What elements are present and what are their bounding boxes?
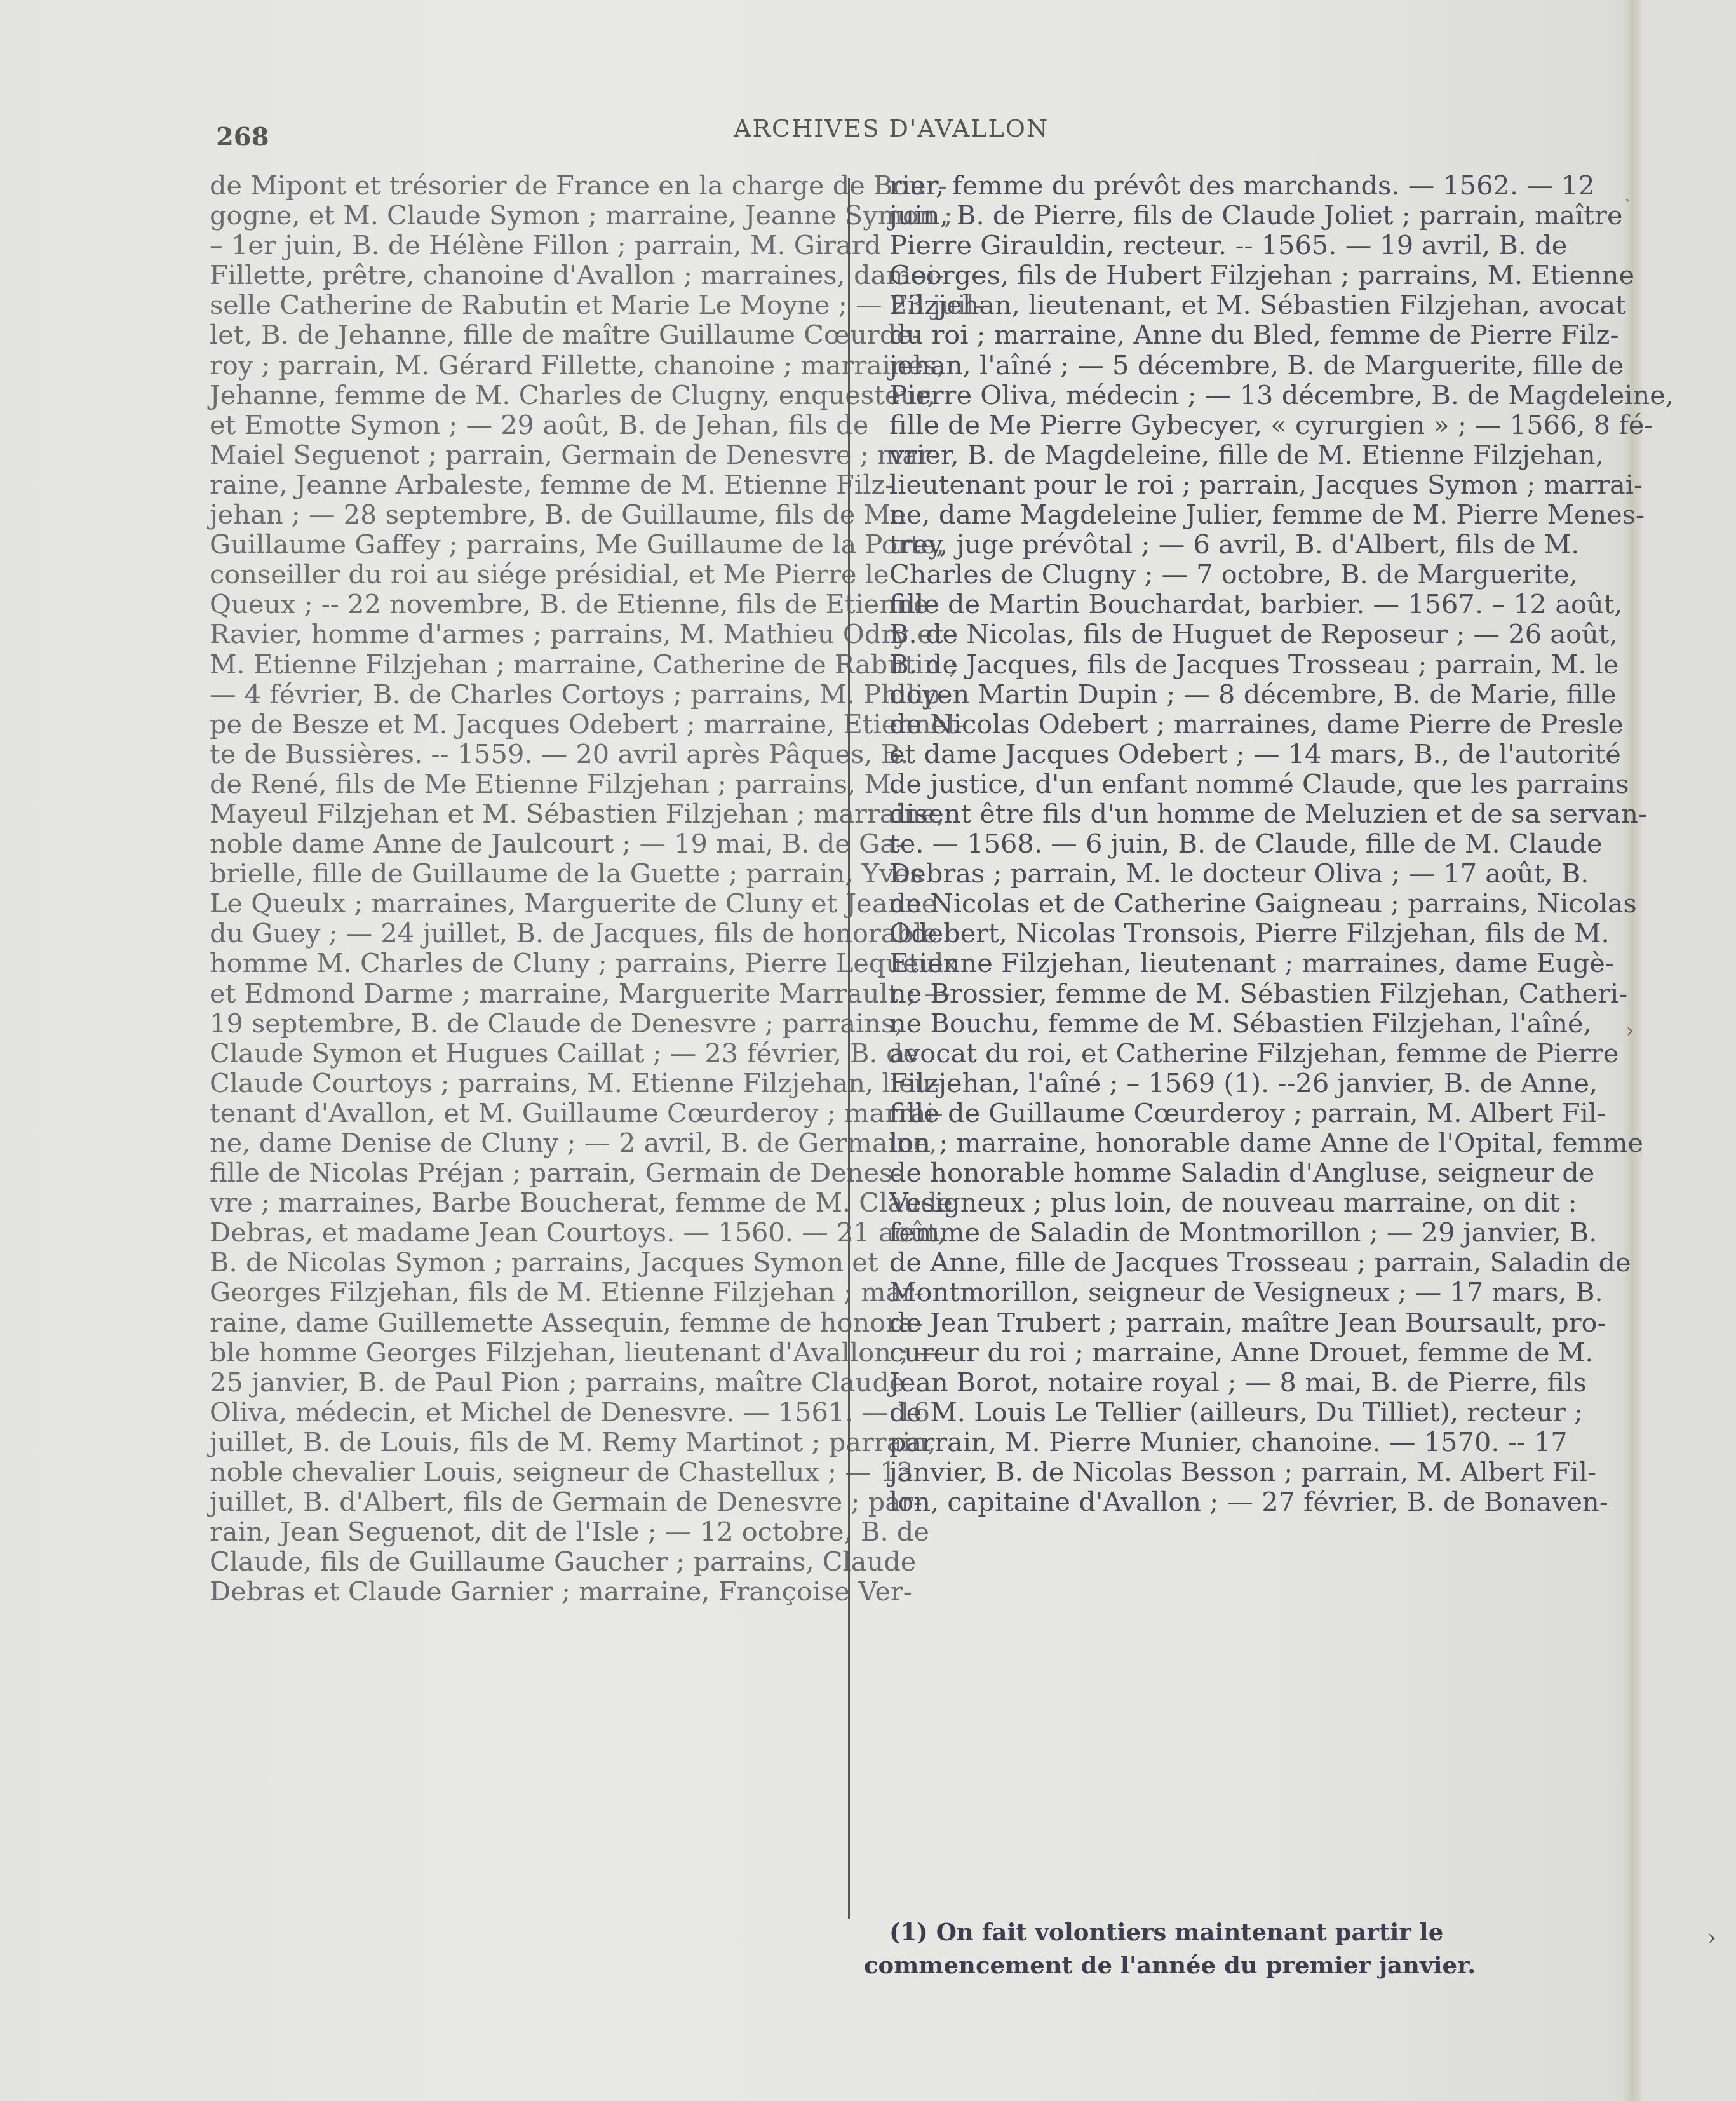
text-line: juillet, B. d'Albert, fils de Germain de… xyxy=(210,1487,835,1517)
text-line: noble dame Anne de Jaulcourt ; — 19 mai,… xyxy=(210,828,835,858)
text-line: raine, Jeanne Arbaleste, femme de M. Eti… xyxy=(210,470,835,499)
column-divider-rule xyxy=(848,178,850,1919)
text-line: B. de Nicolas, fils de Huguet de Reposeu… xyxy=(889,619,1544,649)
text-line: fille de Nicolas Préjan ; parrain, Germa… xyxy=(210,1158,835,1187)
text-line: Guillaume Gaffey ; parrains, Me Guillaum… xyxy=(210,529,835,559)
text-line: Jehanne, femme de M. Charles de Clugny, … xyxy=(210,380,835,410)
text-line: fille de Martin Bouchardat, barbier. — 1… xyxy=(889,589,1544,619)
text-line: 19 septembre, B. de Claude de Denesvre ;… xyxy=(210,1008,835,1038)
text-line: Montmorillon, seigneur de Vesigneux ; — … xyxy=(889,1277,1544,1307)
text-line: de Anne, fille de Jacques Trosseau ; par… xyxy=(889,1247,1544,1277)
text-line: Debras et Claude Garnier ; marraine, Fra… xyxy=(210,1576,835,1606)
text-line: Vesigneux ; plus loin, de nouveau marrai… xyxy=(889,1187,1544,1217)
text-line: fille de Guillaume Cœurderoy ; parrain, … xyxy=(889,1098,1544,1128)
text-line: et Edmond Darme ; marraine, Marguerite M… xyxy=(210,978,835,1008)
text-line: roy ; parrain, M. Gérard Fillette, chano… xyxy=(210,350,835,380)
text-line: conseiller du roi au siége présidial, et… xyxy=(210,559,835,589)
text-line: Claude Courtoys ; parrains, M. Etienne F… xyxy=(210,1068,835,1098)
text-line: Oliva, médecin, et Michel de Denesvre. —… xyxy=(210,1397,835,1427)
text-line: fille de Me Pierre Gybecyer, « cyrurgien… xyxy=(889,410,1544,440)
text-line: Charles de Clugny ; — 7 octobre, B. de M… xyxy=(889,559,1544,589)
text-line: Ravier, homme d'armes ; parrains, M. Mat… xyxy=(210,619,835,649)
text-line: ble homme Georges Filzjehan, lieutenant … xyxy=(210,1337,835,1367)
text-line: 25 janvier, B. de Paul Pion ; parrains, … xyxy=(210,1367,835,1397)
text-line: Queux ; -- 22 novembre, B. de Etienne, f… xyxy=(210,589,835,619)
text-line: tenant d'Avallon, et M. Guillaume Cœurde… xyxy=(210,1098,835,1128)
text-line: du Guey ; — 24 juillet, B. de Jacques, f… xyxy=(210,918,835,948)
text-line: rier, femme du prévôt des marchands. — 1… xyxy=(889,170,1544,200)
text-line: rain, Jean Seguenot, dit de l'Isle ; — 1… xyxy=(210,1517,835,1546)
text-line: et Emotte Symon ; — 29 août, B. de Jehan… xyxy=(210,410,835,440)
text-line: lon ; marraine, honorable dame Anne de l… xyxy=(889,1128,1544,1158)
text-line: doyen Martin Dupin ; — 8 décembre, B. de… xyxy=(889,679,1544,709)
text-line: te de Bussières. -- 1559. — 20 avril apr… xyxy=(210,739,835,769)
footnote: (1) On fait volontiers maintenant partir… xyxy=(864,1915,1544,1982)
text-line: – 1er juin, B. de Hélène Fillon ; parrai… xyxy=(210,230,835,260)
text-line: juin, B. de Pierre, fils de Claude Jolie… xyxy=(889,200,1544,230)
text-line: B. de Nicolas Symon ; parrains, Jacques … xyxy=(210,1247,835,1277)
text-line: homme M. Charles de Cluny ; parrains, Pi… xyxy=(210,948,835,978)
text-line: Pierre Oliva, médecin ; — 13 décembre, B… xyxy=(889,380,1544,410)
book-page: 268 ARCHIVES D'AVALLON de Mipont et trés… xyxy=(0,0,1736,2101)
text-line: de M. Louis Le Tellier (ailleurs, Du Til… xyxy=(889,1397,1544,1427)
text-line: te. — 1568. — 6 juin, B. de Claude, fill… xyxy=(889,828,1544,858)
text-line: de justice, d'un enfant nommé Claude, qu… xyxy=(889,769,1544,799)
text-line: janvier, B. de Nicolas Besson ; parrain,… xyxy=(889,1457,1544,1487)
text-line: parrain, M. Pierre Munier, chanoine. — 1… xyxy=(889,1427,1544,1457)
text-line: ne, dame Denise de Cluny ; — 2 avril, B.… xyxy=(210,1128,835,1158)
text-line: Le Queulx ; marraines, Marguerite de Clu… xyxy=(210,888,835,918)
text-line: Filzjehan, l'aîné ; – 1569 (1). --26 jan… xyxy=(889,1068,1544,1098)
text-line: vrier, B. de Magdeleine, fille de M. Eti… xyxy=(889,440,1544,470)
text-line: disent être fils d'un homme de Meluzien … xyxy=(889,799,1544,828)
text-line: avocat du roi, et Catherine Filzjehan, f… xyxy=(889,1038,1544,1068)
text-line: let, B. de Jehanne, fille de maître Guil… xyxy=(210,320,835,349)
text-line: juillet, B. de Louis, fils de M. Remy Ma… xyxy=(210,1427,835,1457)
text-line: Georges Filzjehan, fils de M. Etienne Fi… xyxy=(210,1277,835,1307)
text-line: ne Bouchu, femme de M. Sébastien Filzjeh… xyxy=(889,1008,1544,1038)
text-line: de Nicolas et de Catherine Gaigneau ; pa… xyxy=(889,888,1544,918)
text-line: brielle, fille de Guillaume de la Guette… xyxy=(210,858,835,888)
text-line: M. Etienne Filzjehan ; marraine, Catheri… xyxy=(210,649,835,679)
text-line: du roi ; marraine, Anne du Bled, femme d… xyxy=(889,320,1544,349)
paper-mark: ˎ xyxy=(1625,184,1631,203)
text-line: et dame Jacques Odebert ; — 14 mars, B.,… xyxy=(889,739,1544,769)
text-line: gogne, et M. Claude Symon ; marraine, Je… xyxy=(210,200,835,230)
text-line: Etienne Filzjehan, lieutenant ; marraine… xyxy=(889,948,1544,978)
text-line: Georges, fils de Hubert Filzjehan ; parr… xyxy=(889,260,1544,290)
text-line: Fillette, prêtre, chanoine d'Avallon ; m… xyxy=(210,260,835,290)
text-line: ne Brossier, femme de M. Sébastien Filzj… xyxy=(889,978,1544,1008)
text-line: lieutenant pour le roi ; parrain, Jacque… xyxy=(889,470,1544,499)
text-line: Debras, et madame Jean Courtoys. — 1560.… xyxy=(210,1217,835,1247)
paper-mark: › xyxy=(1626,1020,1634,1042)
right-text-column: rier, femme du prévôt des marchands. — 1… xyxy=(889,170,1544,1517)
text-line: — 4 février, B. de Charles Cortoys ; par… xyxy=(210,679,835,709)
text-line: raine, dame Guillemette Assequin, femme … xyxy=(210,1307,835,1337)
text-line: pe de Besze et M. Jacques Odebert ; marr… xyxy=(210,709,835,739)
text-line: Maiel Seguenot ; parrain, Germain de Den… xyxy=(210,440,835,470)
text-line: de Nicolas Odebert ; marraines, dame Pie… xyxy=(889,709,1544,739)
running-title: ARCHIVES D'AVALLON xyxy=(734,114,1049,142)
text-line: cureur du roi ; marraine, Anne Drouet, f… xyxy=(889,1337,1544,1367)
text-line: Debras ; parrain, M. le docteur Oliva ; … xyxy=(889,858,1544,888)
text-line: B. de Jacques, fils de Jacques Trosseau … xyxy=(889,649,1544,679)
text-line: lon, capitaine d'Avallon ; — 27 février,… xyxy=(889,1487,1544,1517)
text-line: de Jean Trubert ; parrain, maître Jean B… xyxy=(889,1307,1544,1337)
text-line: noble chevalier Louis, seigneur de Chast… xyxy=(210,1457,835,1487)
text-line: de honorable homme Saladin d'Angluse, se… xyxy=(889,1158,1544,1187)
text-line: ne, dame Magdeleine Julier, femme de M. … xyxy=(889,499,1544,529)
text-line: Pierre Girauldin, recteur. -- 1565. — 19… xyxy=(889,230,1544,260)
text-line: Claude Symon et Hugues Caillat ; — 23 fé… xyxy=(210,1038,835,1068)
left-text-column: de Mipont et trésorier de France en la c… xyxy=(210,170,835,1607)
text-line: vre ; marraines, Barbe Boucherat, femme … xyxy=(210,1187,835,1217)
text-line: trey, juge prévôtal ; — 6 avril, B. d'Al… xyxy=(889,529,1544,559)
text-line: de René, fils de Me Etienne Filzjehan ; … xyxy=(210,769,835,799)
text-line: jehan ; — 28 septembre, B. de Guillaume,… xyxy=(210,499,835,529)
page-number: 268 xyxy=(216,122,269,152)
text-line: Jean Borot, notaire royal ; — 8 mai, B. … xyxy=(889,1367,1544,1397)
text-line: jehan, l'aîné ; — 5 décembre, B. de Marg… xyxy=(889,350,1544,380)
text-line: Mayeul Filzjehan et M. Sébastien Filzjeh… xyxy=(210,799,835,828)
text-line: de Mipont et trésorier de France en la c… xyxy=(210,170,835,200)
text-line: Claude, fils de Guillaume Gaucher ; parr… xyxy=(210,1546,835,1576)
text-line: Odebert, Nicolas Tronsois, Pierre Filzje… xyxy=(889,918,1544,948)
paper-mark: › xyxy=(1707,1925,1716,1950)
text-line: femme de Saladin de Montmorillon ; — 29 … xyxy=(889,1217,1544,1247)
text-line: Filzjehan, lieutenant, et M. Sébastien F… xyxy=(889,290,1544,320)
text-line: selle Catherine de Rabutin et Marie Le M… xyxy=(210,290,835,320)
adjacent-page-edge xyxy=(1642,0,1736,2101)
